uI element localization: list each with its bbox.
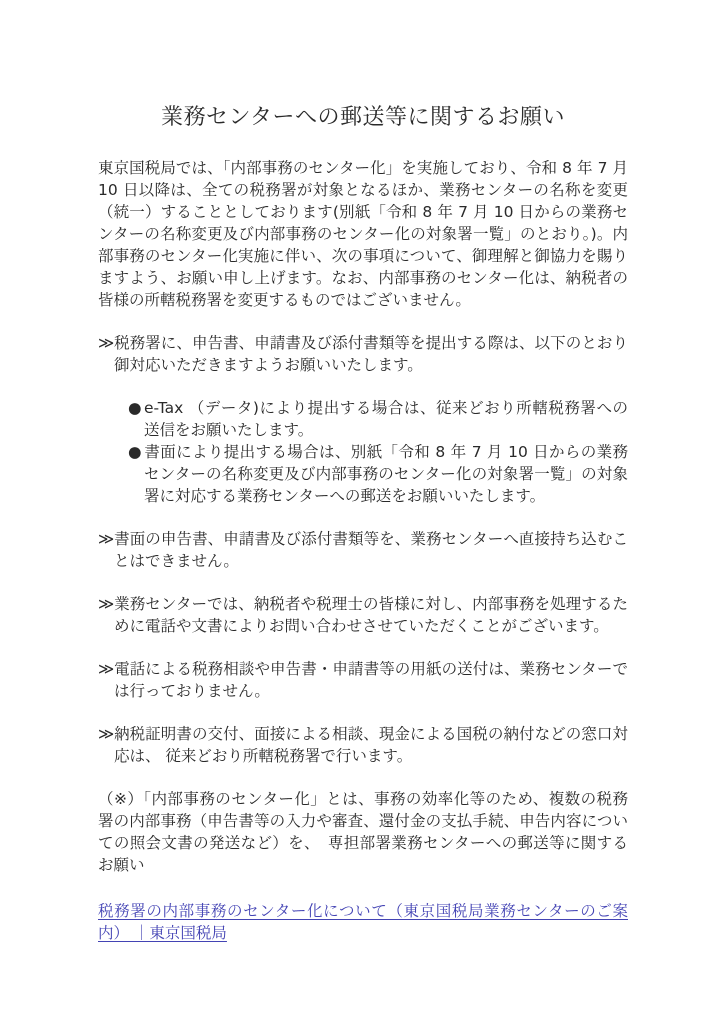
list-item: ≫税務署に、申告書、申請書及び添付書類等を提出する際は、以下のとおり御対応いただ… [98, 332, 628, 376]
circle-bullet-marker: ● [128, 397, 144, 419]
internal-affairs-center-link[interactable]: 税務署の内部事務のセンター化について（東京国税局業務センターのご案内） ｜東京国… [98, 900, 628, 944]
sub-list-item: ●書面により提出する場合は、別紙「令和 8 年 7 月 10 日からの業務センタ… [128, 441, 628, 507]
chevron-bullet-marker: ≫ [98, 593, 114, 615]
circle-bullet-marker: ● [128, 441, 144, 463]
intro-paragraph: 東京国税局では、「内部事務のセンター化」を実施しており、令和 8 年 7 月 1… [98, 157, 628, 311]
list-item-text: 電話による税務相談や申告書・申請書等の用紙の送付は、業務センターでは行っておりま… [114, 660, 628, 700]
list-item: ≫電話による税務相談や申告書・申請書等の用紙の送付は、業務センターでは行っており… [98, 658, 628, 702]
list-item: ≫納税証明書の交付、面接による相談、現金による国税の納付などの窓口対応は、 従来… [98, 723, 628, 767]
sub-list-item-text: 書面により提出する場合は、別紙「令和 8 年 7 月 10 日からの業務センター… [144, 443, 628, 505]
list-item-text: 書面の申告書、申請書及び添付書類等を、業務センターへ直接持ち込むことはできません… [114, 530, 628, 570]
sub-list: ●e-Tax （データ)により提出する場合は、従来どおり所轄税務署への送信をお願… [98, 397, 628, 507]
chevron-bullet-marker: ≫ [98, 332, 114, 354]
list-item-text: 納税証明書の交付、面接による相談、現金による国税の納付などの窓口対応は、 従来ど… [114, 725, 628, 765]
footnote: （※）「内部事務のセンター化」とは、事務の効率化等のため、複数の税務署の内部事務… [98, 788, 628, 876]
document-title: 業務センターへの郵送等に関するお願い [98, 103, 628, 133]
sub-list-item: ●e-Tax （データ)により提出する場合は、従来どおり所轄税務署への送信をお願… [128, 397, 628, 441]
list-item-text: 業務センターでは、納税者や税理士の皆様に対し、内部事務を処理するために電話や文書… [114, 595, 628, 635]
list-item: ≫書面の申告書、申請書及び添付書類等を、業務センターへ直接持ち込むことはできませ… [98, 528, 628, 572]
sub-list-item-text: e-Tax （データ)により提出する場合は、従来どおり所轄税務署への送信をお願い… [144, 399, 628, 439]
chevron-bullet-marker: ≫ [98, 528, 114, 550]
chevron-bullet-marker: ≫ [98, 658, 114, 680]
list-item-text: 税務署に、申告書、申請書及び添付書類等を提出する際は、以下のとおり御対応いただき… [114, 334, 628, 374]
document-page: 業務センターへの郵送等に関するお願い 東京国税局では、「内部事務のセンター化」を… [0, 0, 724, 1024]
chevron-bullet-marker: ≫ [98, 723, 114, 745]
list-item: ≫業務センターでは、納税者や税理士の皆様に対し、内部事務を処理するために電話や文… [98, 593, 628, 637]
